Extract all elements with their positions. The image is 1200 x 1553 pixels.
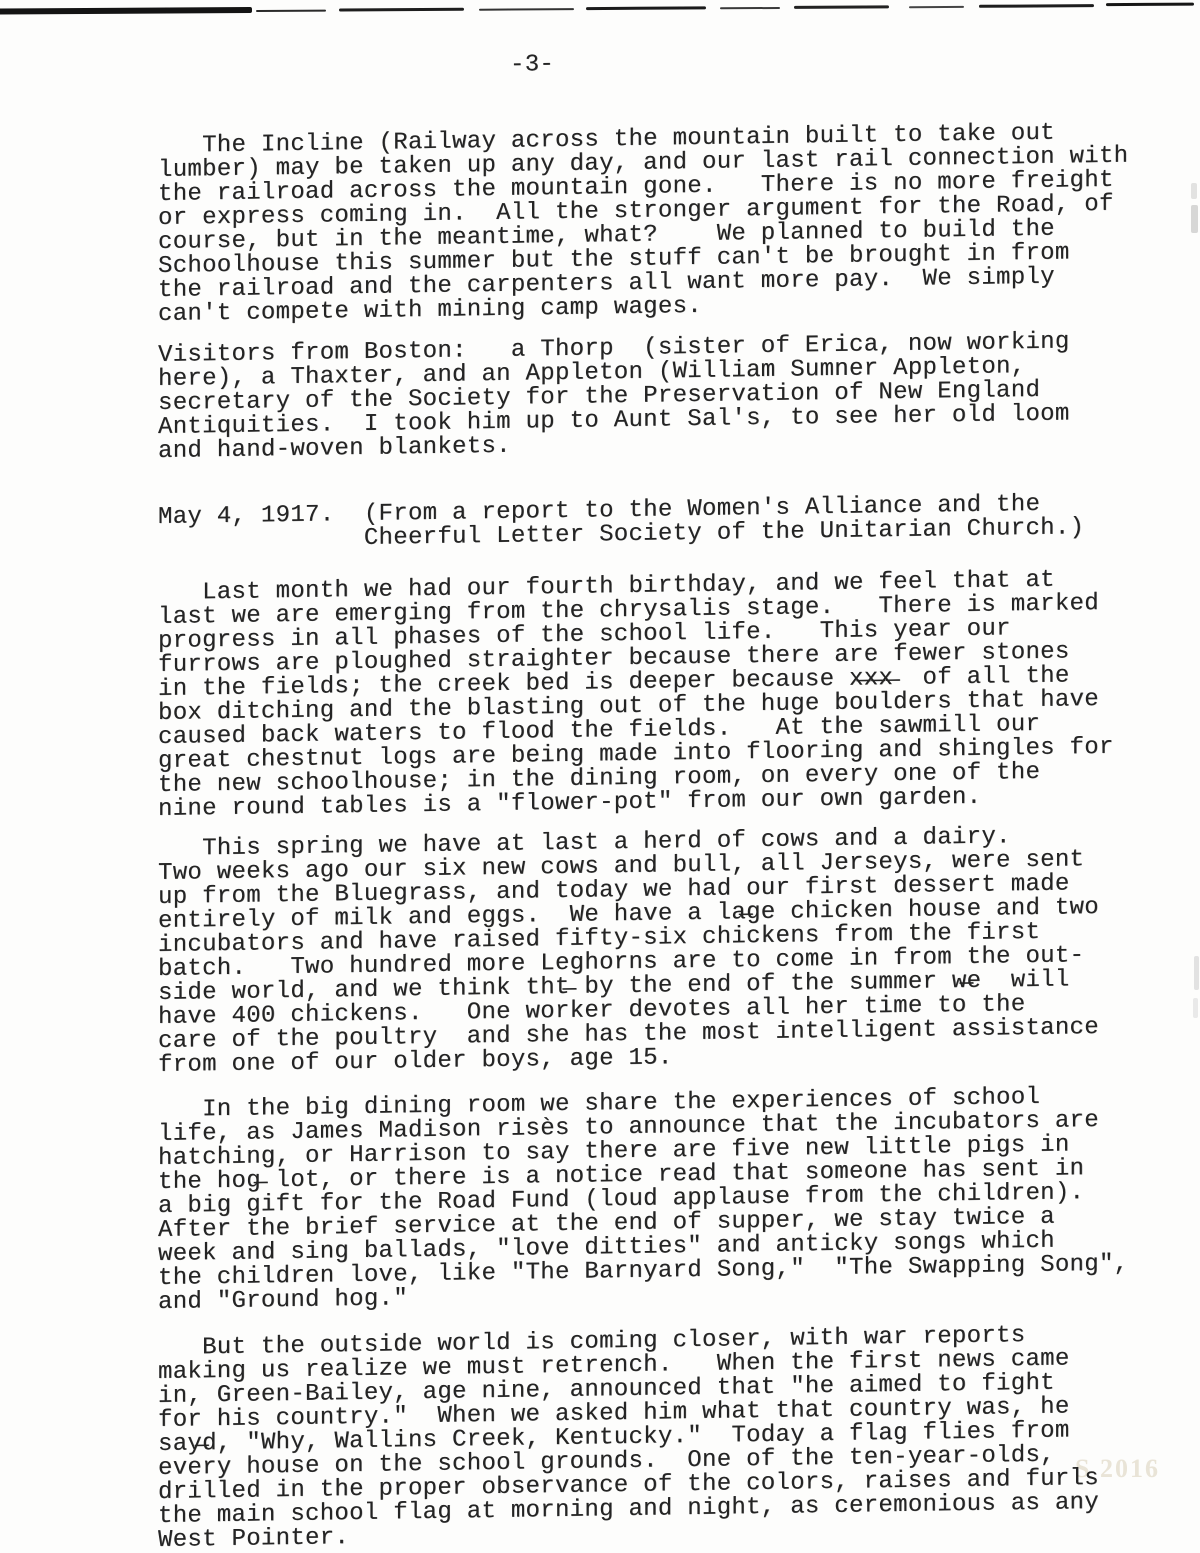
paragraph-incline: The Incline (Railway across the mountain… (158, 121, 1128, 327)
scan-line-segment (909, 6, 964, 8)
scan-line-segment (479, 8, 574, 11)
scan-line-segment (256, 10, 326, 12)
scan-line-segment (1106, 3, 1194, 7)
scan-line-segment (339, 8, 464, 12)
date-heading: May 4, 1917. (From a report to the Women… (158, 492, 1084, 554)
scanned-page: S 2016 -3- The Incline (Railway across t… (0, 0, 1200, 1553)
paragraph-birthday: Last month we had our fourth birthday, a… (158, 568, 1114, 822)
paragraph-visitors: Visitors from Boston: a Thorp (sister of… (158, 330, 1070, 464)
scan-line-segment (794, 5, 889, 9)
paragraph-dining-room: In the big dining room we share the expe… (158, 1085, 1128, 1315)
scan-artifact-line (0, 0, 1200, 18)
scan-edge-smudge (1191, 205, 1198, 233)
scan-line-segment (720, 7, 780, 9)
typewritten-text: -3- The Incline (Railway across the moun… (158, 40, 1178, 1553)
scan-line-segment (586, 6, 706, 10)
paragraph-dairy: This spring we have at last a herd of co… (158, 824, 1099, 1078)
scan-edge-smudge (1194, 956, 1199, 990)
scan-edge-smudge (1193, 998, 1198, 1018)
page-number: -3- (510, 53, 554, 78)
scan-line-segment (0, 7, 252, 14)
scan-edge-smudge (1191, 183, 1197, 199)
paragraph-war: But the outside world is coming closer, … (158, 1323, 1099, 1553)
scan-line-segment (979, 4, 1094, 8)
